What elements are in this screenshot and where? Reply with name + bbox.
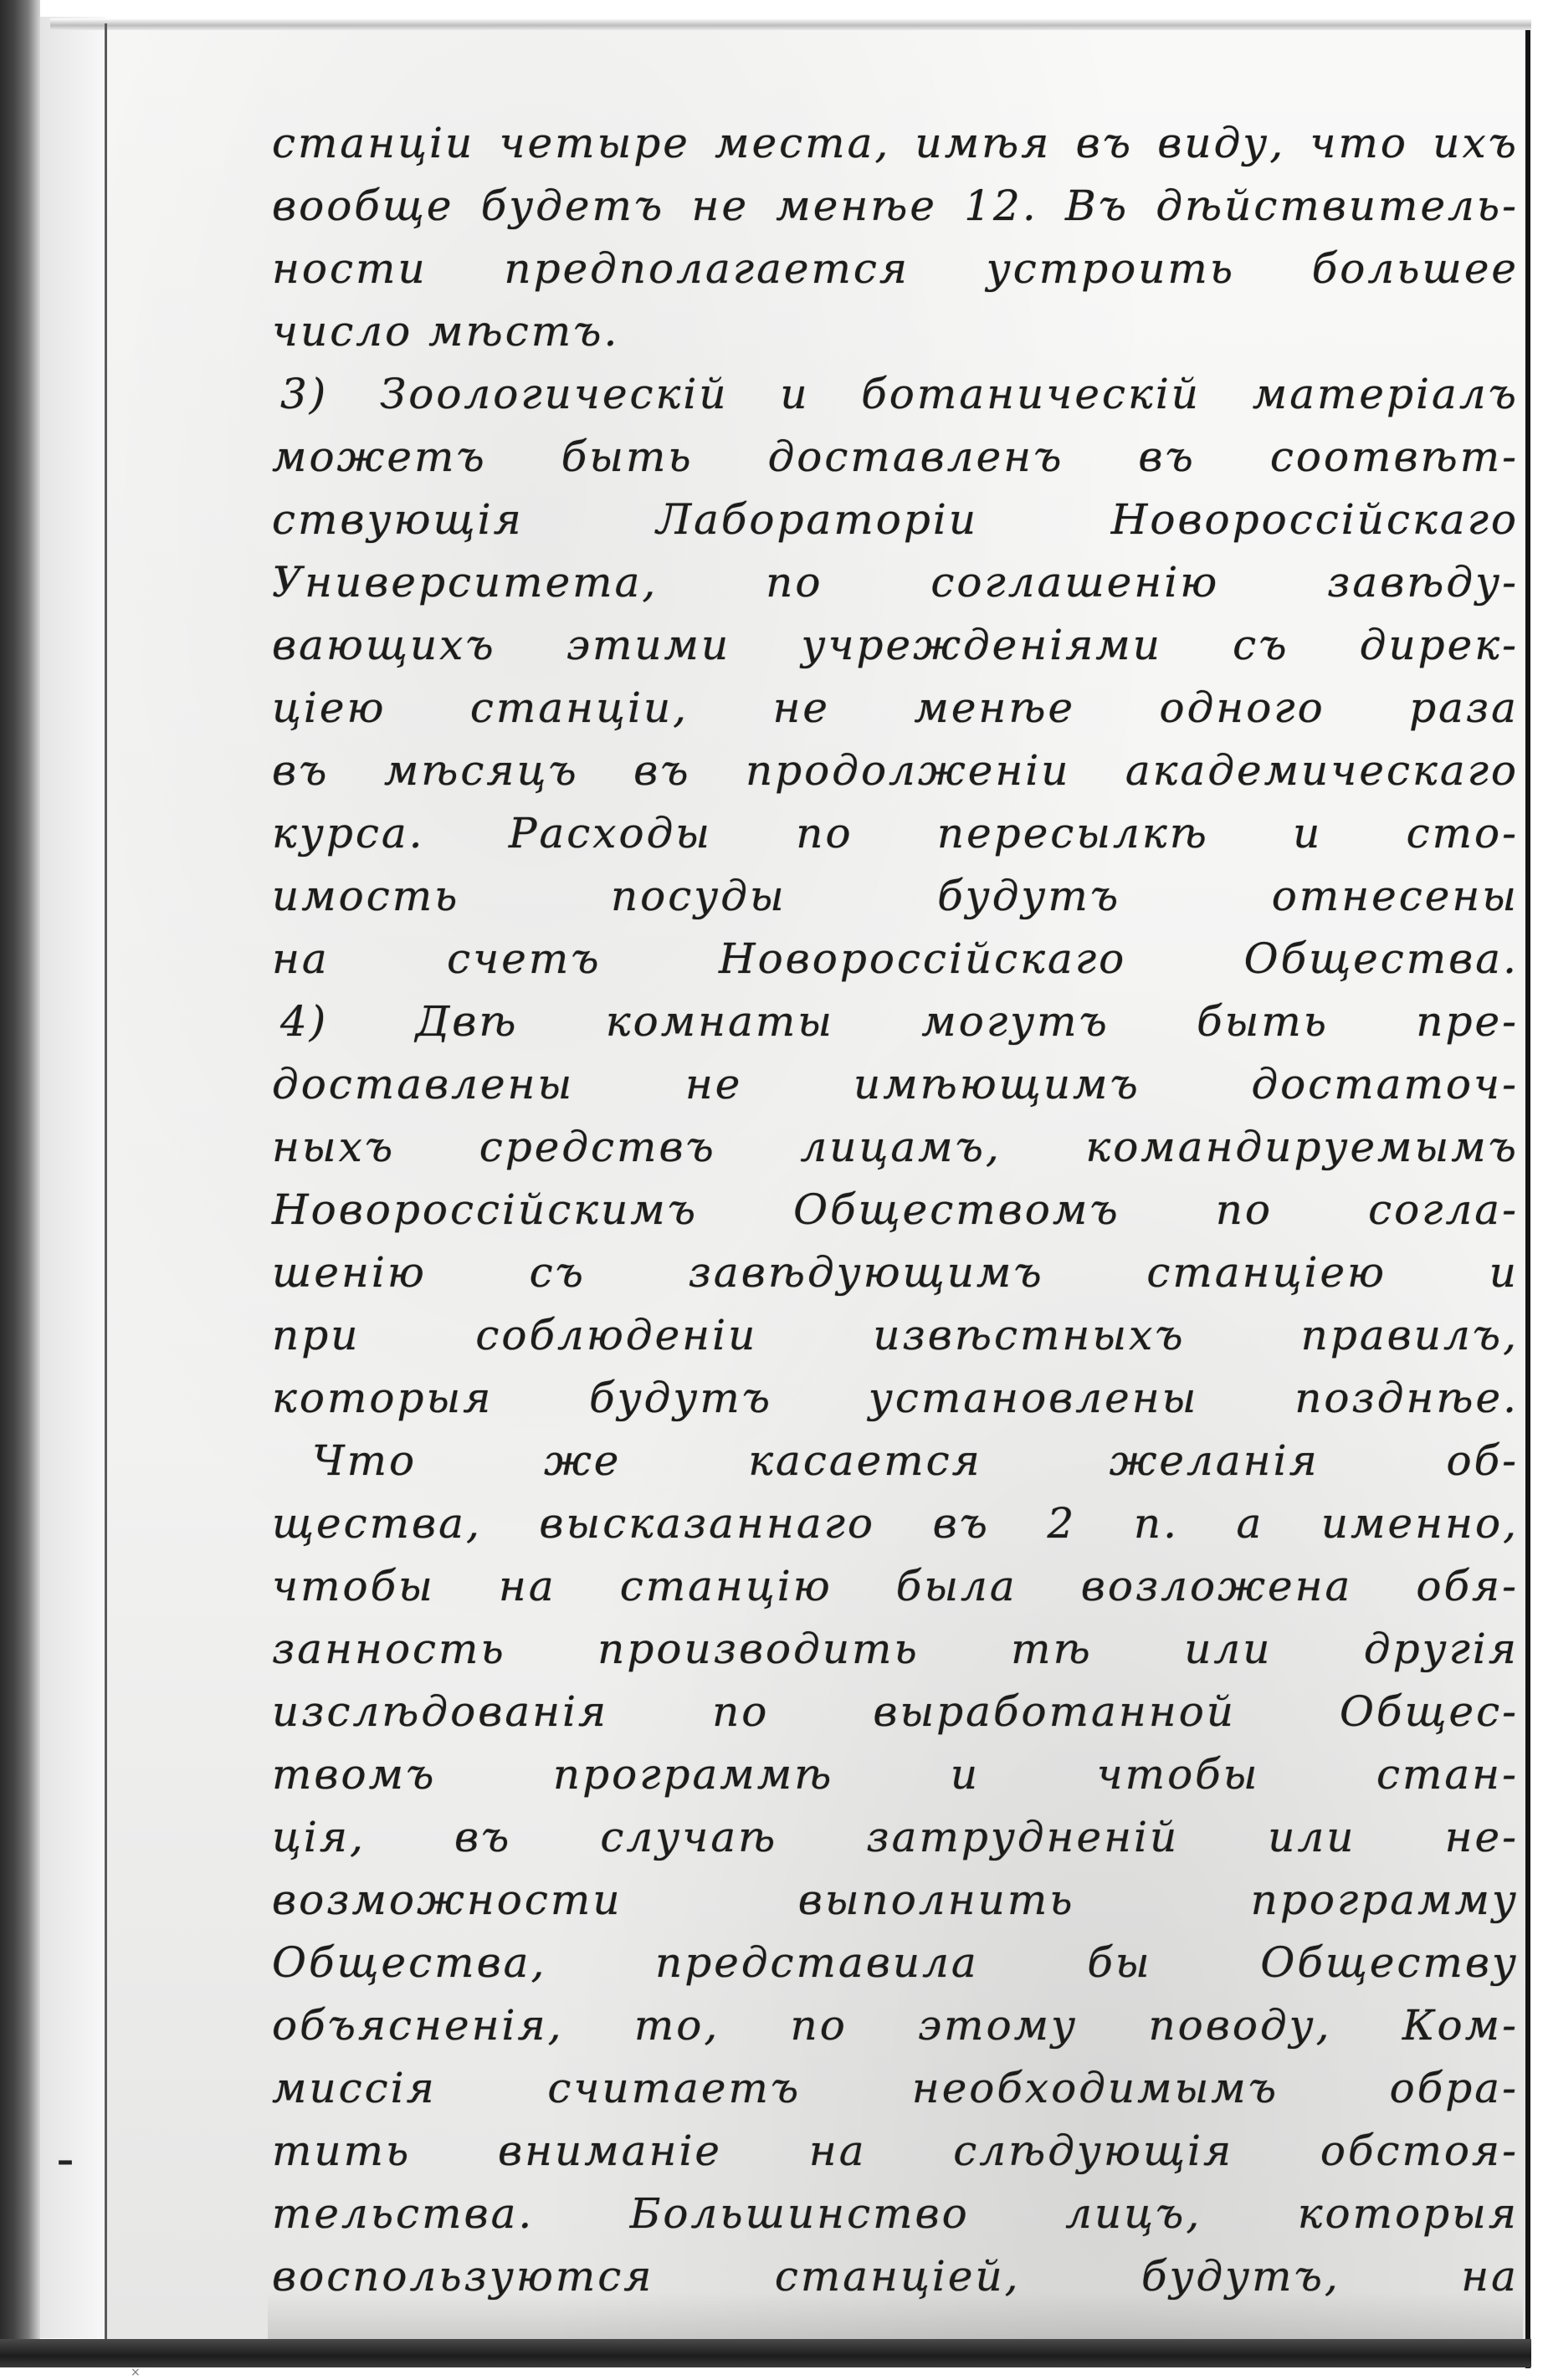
manuscript-line: имость посуды будутъ отнесены bbox=[272, 865, 1519, 928]
manuscript-line: ствующія Лабораторіи Новороссійскаго bbox=[272, 489, 1519, 551]
manuscript-line: твомъ программѣ и чтобы стан- bbox=[272, 1743, 1519, 1806]
manuscript-line: Университета, по соглашенію завѣду- bbox=[272, 551, 1519, 614]
manuscript-line: тельства. Большинство лицъ, которыя bbox=[272, 2183, 1519, 2245]
manuscript-line: щества, высказаннаго въ 2 п. а именно, bbox=[272, 1492, 1519, 1555]
manuscript-line: число мѣстъ. bbox=[272, 300, 1519, 363]
manuscript-line: 3) Зоологическій и ботаническій матеріал… bbox=[272, 363, 1519, 426]
manuscript-line: миссія считаетъ необходимымъ обра- bbox=[272, 2057, 1519, 2120]
manuscript-line: ности предполагается устроить большее bbox=[272, 238, 1519, 300]
manuscript-line: вообще будетъ не менѣе 12. Въ дѣйствител… bbox=[272, 175, 1519, 238]
manuscript-line: Общества, представила бы Обществу bbox=[272, 1932, 1519, 1994]
manuscript-line: курса. Расходы по пересылкѣ и сто- bbox=[272, 802, 1519, 865]
manuscript-line: ціею станціи, не менѣе одного раза bbox=[272, 677, 1519, 740]
manuscript-line: 4) Двѣ комнаты могутъ быть пре- bbox=[272, 990, 1519, 1053]
manuscript-line: доставлены не имѣющимъ достаточ- bbox=[272, 1053, 1519, 1116]
manuscript-line: вающихъ этими учрежденіями съ дирек- bbox=[272, 614, 1519, 677]
manuscript-line: которыя будутъ установлены позднѣе. bbox=[272, 1367, 1519, 1430]
manuscript-line: изслѣдованія по выработанной Общес- bbox=[272, 1681, 1519, 1743]
photo-right-border bbox=[1525, 30, 1530, 2368]
manuscript-line: воспользуются станціей, будутъ, на bbox=[272, 2245, 1519, 2308]
paragraph-item-4: 4) Двѣ комнаты могутъ быть пре- доставле… bbox=[272, 990, 1519, 1430]
manuscript-line: чтобы на станцію была возложена обя- bbox=[272, 1555, 1519, 1618]
manuscript-line: можетъ быть доставленъ въ соотвѣт- bbox=[272, 426, 1519, 489]
manuscript-line: возможности выполнить программу bbox=[272, 1869, 1519, 1932]
manuscript-line: при соблюденіи извѣстныхъ правилъ, bbox=[272, 1304, 1519, 1367]
left-margin bbox=[40, 17, 105, 2338]
manuscript-line: тить вниманіе на слѣдующія обстоя- bbox=[272, 2120, 1519, 2183]
manuscript-line: станціи четыре места, имѣя въ виду, что … bbox=[272, 112, 1519, 175]
manuscript-line: занность производить тѣ или другія bbox=[272, 1618, 1519, 1681]
manuscript-line: шенію съ завѣдующимъ станціею и bbox=[272, 1241, 1519, 1304]
manuscript-line: ныхъ средствъ лицамъ, командируемымъ bbox=[272, 1116, 1519, 1179]
manuscript-page: станціи четыре места, имѣя въ виду, что … bbox=[272, 112, 1519, 2308]
paragraph-item-3: 3) Зоологическій и ботаническій матеріал… bbox=[272, 363, 1519, 990]
manuscript-line: Что же касается желанія об- bbox=[272, 1430, 1519, 1492]
manuscript-line: объясненія, то, по этому поводу, Ком- bbox=[272, 1994, 1519, 2057]
manuscript-line: ція, въ случаѣ затрудненій или не- bbox=[272, 1806, 1519, 1869]
margin-dash-mark: – bbox=[57, 2142, 74, 2180]
manuscript-line: въ мѣсяцъ въ продолженіи академическаго bbox=[272, 740, 1519, 802]
page-edge-line bbox=[105, 23, 107, 2341]
page-top-edge bbox=[50, 18, 1531, 30]
bottom-corner-mark: × bbox=[131, 2366, 141, 2379]
paragraph-society-wishes: Что же касается желанія об- щества, выск… bbox=[272, 1430, 1519, 2308]
photo-bottom-band bbox=[0, 2339, 1531, 2367]
book-binding-strip bbox=[0, 0, 40, 2342]
manuscript-line: Новороссійскимъ Обществомъ по согла- bbox=[272, 1179, 1519, 1241]
manuscript-line: на счетъ Новороссійскаго Общества. bbox=[272, 928, 1519, 990]
paragraph-continuation: станціи четыре места, имѣя въ виду, что … bbox=[272, 112, 1519, 363]
